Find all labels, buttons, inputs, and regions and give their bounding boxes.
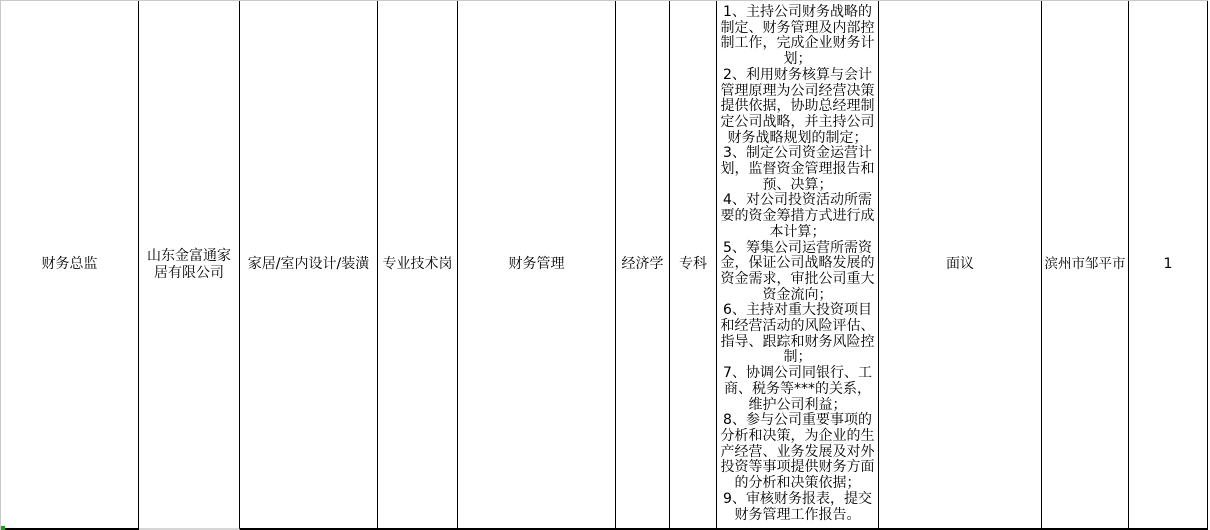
cell-salary: 面议 — [879, 1, 1042, 530]
cell-industry: 家居/室内设计/装潢 — [240, 1, 378, 530]
table-row: 财务总监 山东金富通家 居有限公司 家居/室内设计/装潢 专业技术岗 财务管理 … — [1, 1, 1208, 530]
cell-headcount: 1 — [1129, 1, 1208, 530]
cell-job-category: 财务管理 — [458, 1, 616, 530]
cell-duties: 1、主持公司财务战略的 制定、财务管理及内部控 制工作，完成企业财务计 划； 2… — [717, 1, 879, 530]
cell-company: 山东金富通家 居有限公司 — [139, 1, 240, 530]
job-listing-table: 财务总监 山东金富通家 居有限公司 家居/室内设计/装潢 专业技术岗 财务管理 … — [0, 0, 1208, 530]
cell-education: 专科 — [670, 1, 717, 530]
green-corner-marker — [1, 526, 5, 530]
cell-post-type: 专业技术岗 — [378, 1, 458, 530]
cell-major: 经济学 — [616, 1, 670, 530]
cell-location: 滨州市邹平市 — [1042, 1, 1129, 530]
cell-job-title: 财务总监 — [1, 1, 139, 530]
